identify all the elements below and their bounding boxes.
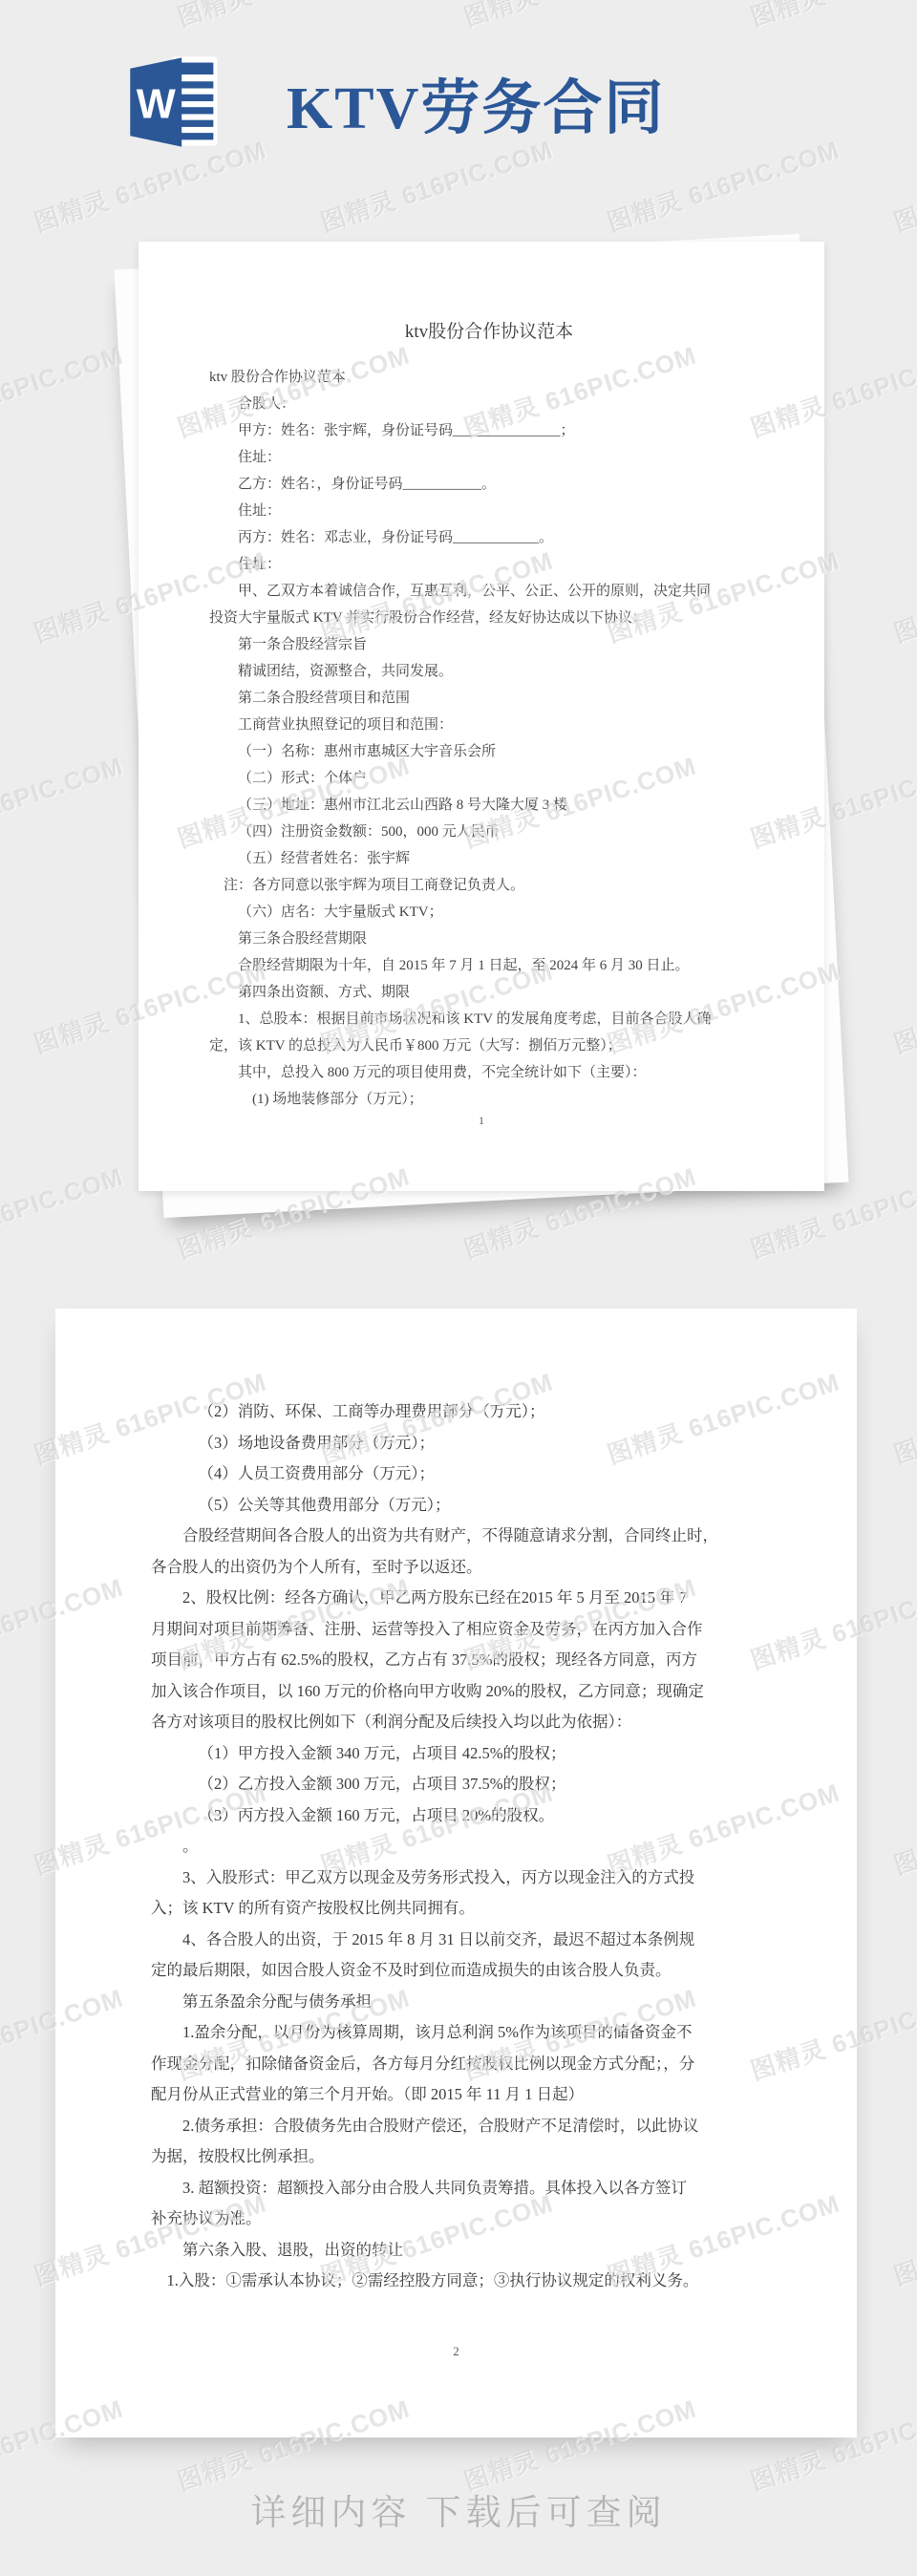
text-line: 2.债务承担：合股债务先由合股财产偿还，合股财产不足清偿时，以此协议	[151, 2111, 769, 2142]
text-line: 入；该 KTV 的所有资产按股权比例共同拥有。	[151, 1893, 769, 1925]
text-line: (1) 场地装修部分（万元）；	[209, 1086, 769, 1113]
paper-sheet-front-2: （2）消防、环保、工商等办理费用部分（万元）；（3）场地设备费用部分（万元）；（…	[55, 1309, 857, 2438]
text-line: （1）甲方投入金额 340 万元，占项目 42.5%的股权；	[151, 1738, 769, 1770]
watermark-text: 图精灵 616PIC.COM	[745, 0, 917, 33]
text-line: 1.盈余分配，以月份为核算周期，该月总利润 5%作为该项目的储备资金不	[151, 2017, 769, 2049]
text-line: 1.入股：①需承认本协议；②需经控股方同意；③执行协议规定的权利义务。	[151, 2266, 769, 2297]
text-line: 合股经营期限为十年，自 2015 年 7 月 1 日起，至 2024 年 6 月…	[209, 952, 769, 979]
text-line: 住址：	[209, 444, 769, 471]
text-line: 丙方：姓名：邓志业，身份证号码____________。	[209, 524, 769, 551]
text-line: 补充协议为准。	[151, 2203, 769, 2235]
watermark-text: 图精灵 616PIC.COM	[888, 131, 917, 240]
document-body-page-1: ktv 股份合作协议范本合股人：甲方：姓名：张宇辉，身份证号码_________…	[209, 364, 769, 1113]
paper-sheet-front: ktv股份合作协议范本 ktv 股份合作协议范本合股人：甲方：姓名：张宇辉，身份…	[139, 242, 824, 1191]
text-line: 4、各合股人的出资，于 2015 年 8 月 31 日以前交齐，最迟不超过本条例…	[151, 1925, 769, 1956]
text-line: 第二条合股经营项目和范围	[209, 685, 769, 712]
text-line: （4）人员工资费用部分（万元）；	[151, 1458, 769, 1490]
text-line: 1、总股本：根据目前市场状况和该 KTV 的发展角度考虑，目前各合股人确	[209, 1006, 769, 1033]
text-line: （六）店名：大宇量版式 KTV；	[209, 899, 769, 926]
text-line: 作现金分配，扣除储备资金后，各方每月分红按股权比例以现金方式分配；，分	[151, 2049, 769, 2080]
word-icon: W	[122, 46, 231, 159]
watermark-text: 图精灵 616PIC.COM	[888, 1774, 917, 1883]
watermark-text: 图精灵 616PIC.COM	[0, 336, 127, 445]
text-line: 第五条盈余分配与债务承担	[151, 1987, 769, 2018]
text-line: 注：各方同意以张宇辉为项目工商登记负责人。	[209, 872, 769, 899]
text-line: 为据，按股权比例承担。	[151, 2141, 769, 2173]
text-line: 2、股权比例：经各方确认，甲乙两方股东已经在2015 年 5 月至 2015 年…	[151, 1583, 769, 1614]
header: W KTV劳务合同	[122, 46, 665, 159]
page-title: KTV劳务合同	[287, 60, 665, 145]
text-line: 甲方：姓名：张宇辉，身份证号码_______________；	[209, 417, 769, 444]
text-line: 3、入股形式：甲乙双方以现金及劳务形式投入，丙方以现金注入的方式投	[151, 1863, 769, 1894]
text-line: 各合股人的出资仍为个人所有，至时予以返还。	[151, 1552, 769, 1584]
text-line: （四）注册资金数额：500，000 元人民币	[209, 819, 769, 845]
text-line: （3）丙方投入金额 160 万元，占项目 20%的股权。	[151, 1800, 769, 1832]
document-body-page-2: （2）消防、环保、工商等办理费用部分（万元）；（3）场地设备费用部分（万元）；（…	[151, 1396, 769, 2297]
text-line: ktv 股份合作协议范本	[209, 364, 769, 391]
text-line: 精诚团结，资源整合，共同发展。	[209, 658, 769, 685]
text-line: 住址：	[209, 551, 769, 578]
watermark-text: 图精灵 616PIC.COM	[888, 2184, 917, 2293]
watermark-text: 图精灵 616PIC.COM	[172, 0, 414, 33]
watermark-text: 图精灵 616PIC.COM	[888, 1363, 917, 1472]
document-preview-page-2[interactable]: （2）消防、环保、工商等办理费用部分（万元）；（3）场地设备费用部分（万元）；（…	[55, 1309, 857, 2438]
text-line: （3）场地设备费用部分（万元）；	[151, 1428, 769, 1459]
text-line: 各方对该项目的股权比例如下（利润分配及后续投入均以此为依据）：	[151, 1707, 769, 1738]
text-line: 第六条入股、退股，出资的转让	[151, 2235, 769, 2267]
text-line: 定的最后期限，如因合股人资金不及时到位而造成损失的由该合股人负责。	[151, 1955, 769, 1987]
watermark-text: 图精灵 616PIC.COM	[458, 0, 700, 33]
watermark-text: 图精灵 616PIC.COM	[0, 1158, 127, 1267]
text-line: 合股人：	[209, 391, 769, 417]
text-line: （5）公关等其他费用部分（万元）；	[151, 1490, 769, 1522]
text-line: （五）经营者姓名：张宇辉	[209, 845, 769, 872]
page-number-2: 2	[55, 2344, 857, 2359]
text-line: 甲、乙双方本着诚信合作，互惠互利，公平、公正、公开的原则，决定共同	[209, 578, 769, 605]
footer-note: 详细内容 下载后可查阅	[0, 2483, 917, 2535]
watermark-text: 图精灵 616PIC.COM	[888, 542, 917, 650]
watermark-text: 图精灵 616PIC.COM	[0, 0, 127, 33]
document-preview-page-1[interactable]: ktv股份合作协议范本 ktv 股份合作协议范本合股人：甲方：姓名：张宇辉，身份…	[139, 242, 824, 1191]
page-root: W KTV劳务合同 ktv股份合作协议范本 ktv 股份合作协议范本合股人：甲方…	[0, 0, 917, 2576]
text-line: 第一条合股经营宗旨	[209, 631, 769, 658]
svg-text:W: W	[137, 82, 177, 128]
text-line: 加入该合作项目，以 160 万元的价格向甲方收购 20%的股权，乙方同意；现确定	[151, 1676, 769, 1708]
text-line: 工商营业执照登记的项目和范围：	[209, 712, 769, 738]
text-line: 合股经营期间各合股人的出资为共有财产，不得随意请求分割，合同终止时，	[151, 1521, 769, 1552]
text-line: 第三条合股经营期限	[209, 926, 769, 952]
watermark-text: 图精灵 616PIC.COM	[0, 747, 127, 856]
text-line: 定，该 KTV 的总投入为人民币￥800 万元（大写：捌佰万元整）；	[209, 1033, 769, 1059]
text-line: 。	[151, 1831, 769, 1863]
text-line: 3. 超额投资：超额投入部分由合股人共同负责筹措。具体投入以各方签订	[151, 2173, 769, 2204]
document-title: ktv股份合作协议范本	[209, 320, 769, 345]
text-line: （三）地址：惠州市江北云山西路 8 号大隆大厦 3 楼	[209, 792, 769, 819]
text-line: 配月份从正式营业的第三个月开始。（即 2015 年 11 月 1 日起）	[151, 2079, 769, 2111]
text-line: 投资大宇量版式 KTV 并实行股份合作经营，经友好协达成以下协议：	[209, 605, 769, 631]
text-line: （一）名称：惠州市惠城区大宇音乐会所	[209, 738, 769, 765]
text-line: 项目前，甲方占有 62.5%的股权，乙方占有 37.5%的股权；现经各方同意，丙…	[151, 1645, 769, 1676]
text-line: 住址：	[209, 498, 769, 524]
text-line: 其中，总投入 800 万元的项目使用费，不完全统计如下（主要）：	[209, 1059, 769, 1086]
watermark-text: 图精灵 616PIC.COM	[888, 952, 917, 1061]
page-number-1: 1	[139, 1114, 824, 1128]
text-line: 月期间对项目前期筹备、注册、运营等投入了相应资金及劳务，在丙方加入合作	[151, 1614, 769, 1646]
text-line: 第四条出资额、方式、期限	[209, 979, 769, 1006]
text-line: （2）乙方投入金额 300 万元，占项目 37.5%的股权；	[151, 1769, 769, 1800]
text-line: （二）形式：个体户	[209, 765, 769, 792]
text-line: （2）消防、环保、工商等办理费用部分（万元）；	[151, 1396, 769, 1428]
text-line: 乙方：姓名：，身份证号码___________。	[209, 471, 769, 498]
